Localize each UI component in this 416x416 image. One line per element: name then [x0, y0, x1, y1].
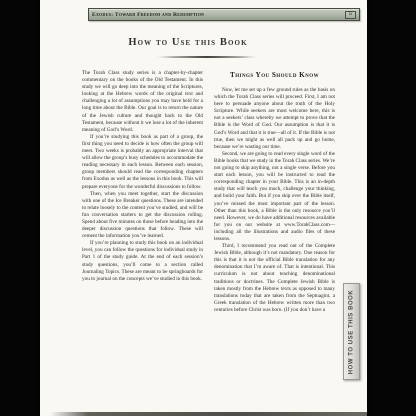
chapter-thumb-tab: How to Use this Book [343, 283, 360, 380]
paragraph: Then, when you meet together, start the … [82, 191, 203, 241]
title-divider-rule [156, 56, 258, 58]
left-column: The Torah Class study series is a chapte… [82, 70, 203, 314]
paragraph: The Torah Class study series is a chapte… [82, 70, 203, 134]
paragraph: Now, let me set up a few ground rules as… [214, 87, 335, 151]
paragraph: Third, I recommend you read out of the C… [214, 243, 335, 314]
section-heading: Things You Should Know [214, 71, 335, 79]
right-column: Things You Should Know Now, let me set u… [214, 70, 335, 314]
paragraph: If you’re studying this book as part of … [82, 134, 203, 191]
running-header-title: Exodus: Toward Freedom and Redemption [92, 12, 204, 18]
text-columns: The Torah Class study series is a chapte… [82, 70, 335, 314]
page-bottom-scan-edge [50, 412, 367, 416]
paragraph: If you’re planning to study this book on… [82, 240, 203, 283]
chapter-thumb-tab-label: How to Use this Book [349, 289, 355, 374]
page-title: How to Use this Book [42, 37, 334, 48]
running-header-bar: Exodus: Toward Freedom and Redemption ix [88, 8, 360, 21]
scanned-book-page-screenshot: { "header": { "title": "Exodus: Toward F… [0, 0, 416, 416]
page-number-badge: ix [345, 11, 356, 19]
book-page: Exodus: Toward Freedom and Redemption ix… [40, 0, 367, 416]
paragraph: Second, we are going to read every singl… [214, 151, 335, 243]
